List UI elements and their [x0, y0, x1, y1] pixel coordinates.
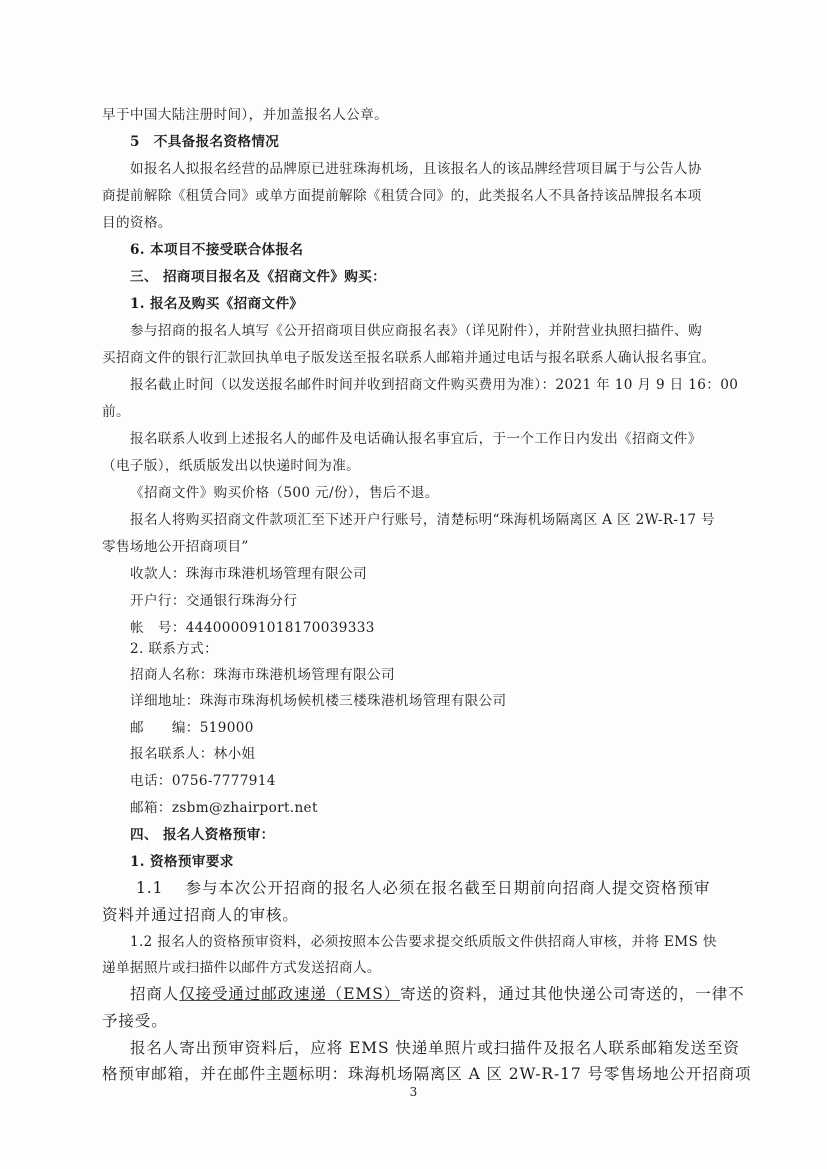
text-span: 招商人	[130, 985, 179, 1003]
section-heading-4: 四、 报名人资格预审：	[130, 826, 770, 844]
company-name-line: 招商人名称：珠海市珠港机场管理有限公司	[130, 666, 770, 684]
section-heading-3: 三、 招商项目报名及《招商文件》购买：	[130, 268, 770, 286]
text-line: 格预审邮箱，并在邮件主题标明：珠海机场隔离区 A 区 2W-R-17 号零售场地…	[102, 1065, 742, 1083]
text-line: （电子版），纸质版发出以快递时间为准。	[102, 457, 742, 475]
payee-line: 收款人：珠海市珠港机场管理有限公司	[130, 565, 770, 583]
text-line: 报名人将购买招商文件款项汇至下述开户行账号，清楚标明“珠海机场隔离区 A 区 2…	[130, 511, 770, 529]
text-line: 报名联系人收到上述报名人的邮件及电话确认报名事宜后，于一个工作日内发出《招商文件…	[130, 430, 770, 448]
price-line: 《招商文件》购买价格（500 元/份），售后不退。	[130, 484, 770, 502]
account-line: 帐 号：444000091018170039333	[130, 619, 770, 637]
email-line: 邮箱：zsbm@zhairport.net	[130, 799, 770, 817]
text-line: 如报名人拟报名经营的品牌原已进驻珠海机场，且该报名人的该品牌经营项目属于与公告人…	[130, 160, 770, 178]
section-heading-5: 5 不具备报名资格情况	[130, 133, 770, 151]
underlined-ems-text: 仅接受通过邮政速递（EMS）	[179, 985, 400, 1003]
text-line: 零售场地公开招商项目”	[102, 538, 742, 556]
subsection-heading-1-qualification: 1. 资格预审要求	[130, 853, 770, 871]
text-line: 商提前解除《租赁合同》或单方面提前解除《租赁合同》的，此类报名人不具备持该品牌报…	[102, 187, 742, 205]
text-span: 寄送的资料，通过其他快递公司寄送的，一律不	[400, 985, 744, 1003]
postcode-line: 邮 编：519000	[130, 719, 770, 737]
address-line: 详细地址：珠海市珠海机场候机楼三楼珠港机场管理有限公司	[130, 692, 770, 710]
document-page: 早于中国大陆注册时间），并加盖报名人公章。 5 不具备报名资格情况 如报名人拟报…	[0, 0, 827, 1169]
phone-line: 电话：0756-7777914	[130, 772, 770, 790]
section-heading-6: 6. 本项目不接受联合体报名	[130, 241, 770, 259]
text-line: 报名人寄出预审资料后，应将 EMS 快递单照片或扫描件及报名人联系邮箱发送至资	[130, 1039, 770, 1057]
text-line: 买招商文件的银行汇款回执单电子版发送至报名联系人邮箱并通过电话与报名联系人确认报…	[102, 349, 742, 367]
subsection-heading-2: 2. 联系方式：	[130, 640, 770, 658]
contact-person-line: 报名联系人：林小姐	[130, 745, 770, 763]
text-line: 早于中国大陆注册时间），并加盖报名人公章。	[102, 106, 742, 124]
bank-line: 开户行：交通银行珠海分行	[130, 592, 770, 610]
text-line: 予接受。	[102, 1012, 742, 1030]
page-number: 3	[0, 1085, 827, 1099]
ems-requirement-line: 招商人仅接受通过邮政速递（EMS）寄送的资料，通过其他快递公司寄送的，一律不	[130, 985, 770, 1003]
text-line: 1.2 报名人的资格预审资料，必须按照本公告要求提交纸质版文件供招商人审核，并将…	[130, 933, 770, 951]
subsection-heading-1: 1. 报名及购买《招商文件》	[130, 295, 770, 313]
text-line: 目的资格。	[102, 214, 742, 232]
text-line: 递单据照片或扫描件以邮件方式发送招商人。	[102, 959, 742, 977]
deadline-line: 报名截止时间（以发送报名邮件时间并收到招商文件购买费用为准）：2021 年 10…	[130, 376, 770, 394]
text-line: 参与招商的报名人填写《公开招商项目供应商报名表》（详见附件），并附营业执照扫描件…	[130, 322, 770, 340]
text-line: 1.1 参与本次公开招商的报名人必须在报名截至日期前向招商人提交资格预审	[136, 879, 776, 897]
text-line: 资料并通过招商人的审核。	[102, 906, 742, 924]
text-line: 前。	[102, 403, 742, 421]
